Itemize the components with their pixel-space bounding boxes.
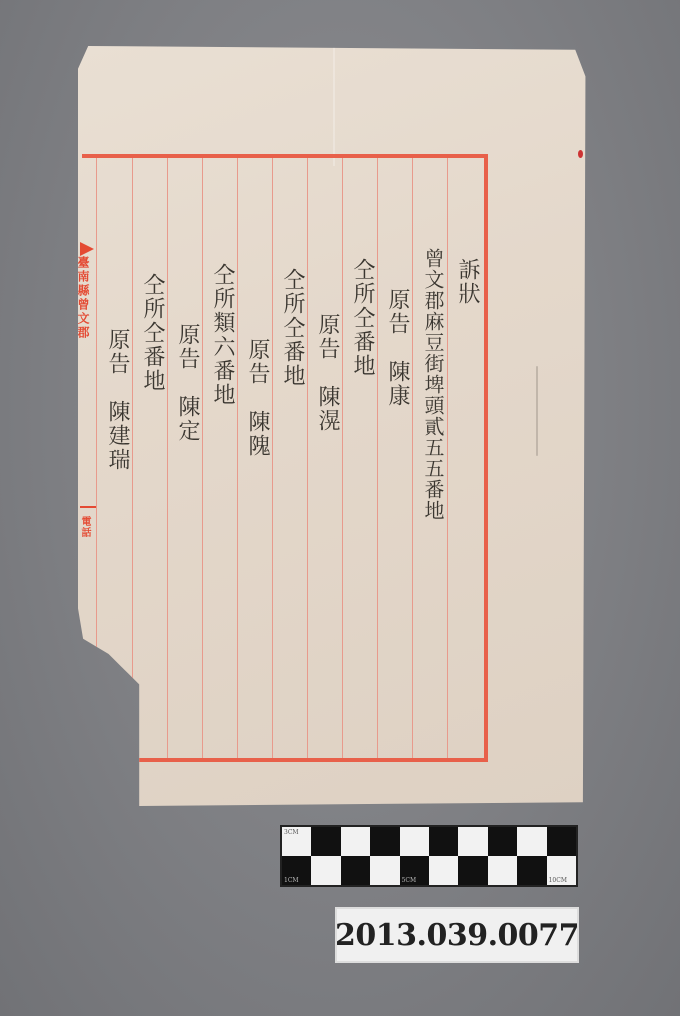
scale-cell <box>370 856 399 885</box>
column-rule <box>342 158 343 758</box>
column-rule <box>447 158 448 758</box>
scale-cell: 3CM <box>282 827 311 856</box>
scale-cell <box>517 856 546 885</box>
column-rule <box>237 158 238 758</box>
document-title: 訴狀 <box>452 258 482 306</box>
scale-cell <box>488 856 517 885</box>
plaintiff-line: 原告 陳定 <box>172 323 202 443</box>
document-page: 臺南縣曾文郡 電話 訴狀 曾文郡麻豆街埤頭貳五五番地 原告 陳康 仝所仝番地 原… <box>78 46 588 806</box>
scale-label: 3CM <box>284 829 299 836</box>
accession-number-label: 2013.039.0077 <box>335 907 579 963</box>
scale-cell <box>341 856 370 885</box>
scale-cell: 5CM <box>400 856 429 885</box>
column-rule <box>272 158 273 758</box>
address-line: 仝所仝番地 <box>277 268 307 388</box>
scale-cell <box>458 856 487 885</box>
scale-cell <box>429 827 458 856</box>
plaintiff-line: 原告 陳康 <box>382 288 412 408</box>
scale-cell <box>429 856 458 885</box>
column-rule <box>167 158 168 758</box>
scale-cell <box>517 827 546 856</box>
scale-cell <box>400 827 429 856</box>
scale-cell <box>341 827 370 856</box>
paper-crease <box>333 46 335 166</box>
ruled-frame: 訴狀 曾文郡麻豆街埤頭貳五五番地 原告 陳康 仝所仝番地 原告 陳滉 仝所仝番地… <box>82 154 488 762</box>
scale-cell <box>370 827 399 856</box>
scale-label: 5CM <box>402 877 417 884</box>
column-rule <box>96 158 97 758</box>
pencil-mark <box>536 366 538 456</box>
plaintiff-line: 原告 陳滉 <box>312 313 342 433</box>
plaintiff-line: 原告 陳建瑞 <box>102 328 132 472</box>
scale-cell <box>488 827 517 856</box>
scale-cell <box>458 827 487 856</box>
scale-cell: 1CM <box>282 856 311 885</box>
address-line: 曾文郡麻豆街埤頭貳五五番地 <box>417 248 447 521</box>
scale-label: 10CM <box>549 877 567 884</box>
scale-cell <box>311 856 340 885</box>
scale-cell <box>311 827 340 856</box>
red-mark <box>578 150 583 158</box>
address-line: 仝所類六番地 <box>207 263 237 407</box>
address-line: 仝所仝番地 <box>137 273 167 393</box>
column-rule <box>307 158 308 758</box>
column-rule <box>412 158 413 758</box>
column-rule <box>202 158 203 758</box>
column-rule <box>132 158 133 758</box>
plaintiff-line: 原告 陳隗 <box>242 338 272 458</box>
scale-cell: 10CM <box>547 856 576 885</box>
address-line: 仝所仝番地 <box>347 258 377 378</box>
scale-bar: 3CM 1CM 5CM 10CM <box>280 825 578 887</box>
column-rule <box>377 158 378 758</box>
scale-cell <box>547 827 576 856</box>
scale-label: 1CM <box>284 877 299 884</box>
